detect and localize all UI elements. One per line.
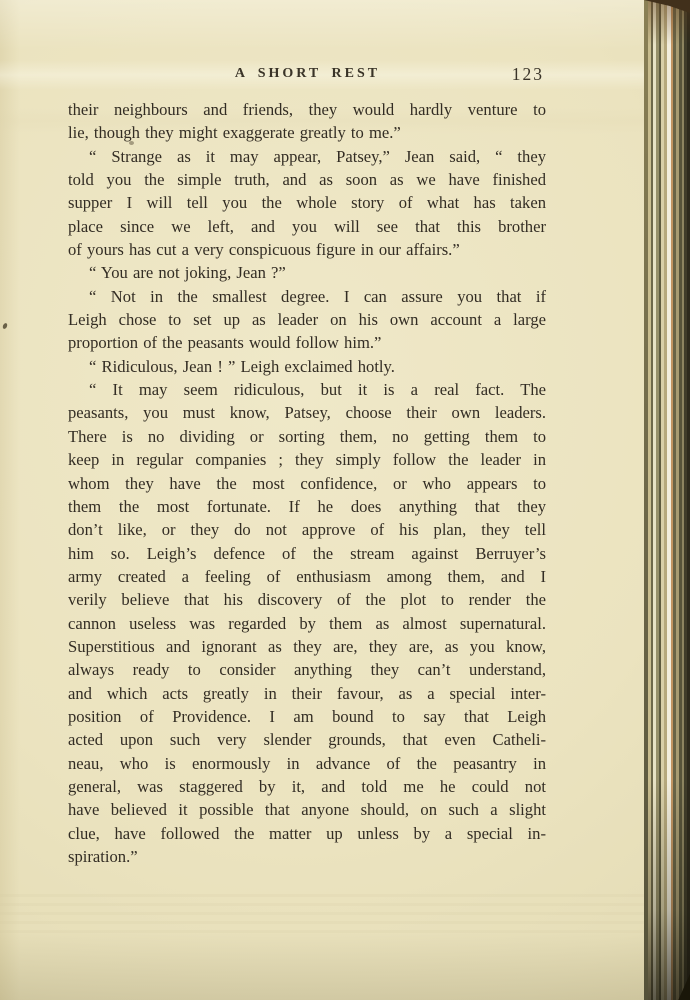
body-text: their neighbours and friends, they would… xyxy=(68,98,546,868)
text-line: proportion of the peasants would follow … xyxy=(68,331,546,354)
text-line: always ready to consider anything they c… xyxy=(68,658,546,681)
text-line: don’t like, or they do not approve of hi… xyxy=(68,518,546,541)
text-line: acted upon such very slender grounds, th… xyxy=(68,728,546,751)
text-line: peasants, you must know, Patsey, choose … xyxy=(68,401,546,424)
text-line: supper I will tell you the whole story o… xyxy=(68,191,546,214)
text-line: “ It may seem ridiculous, but it is a re… xyxy=(68,378,546,401)
text-line: Leigh chose to set up as leader on his o… xyxy=(68,308,546,331)
text-line: clue, have followed the matter up unless… xyxy=(68,822,546,845)
text-line: keep in regular companies ; they simply … xyxy=(68,448,546,471)
text-line: lie, though they might exaggerate greatl… xyxy=(68,121,546,144)
page-number: 123 xyxy=(512,64,544,85)
text-line: “ Strange as it may appear, Patsey,” Jea… xyxy=(68,145,546,168)
text-line: Superstitious and ignorant as they are, … xyxy=(68,635,546,658)
text-line: position of Providence. I am bound to sa… xyxy=(68,705,546,728)
text-line: him so. Leigh’s defence of the stream ag… xyxy=(68,542,546,565)
ink-speck xyxy=(2,322,8,329)
text-line: of yours has cut a very conspicuous figu… xyxy=(68,238,546,261)
text-line: general, was staggered by it, and told m… xyxy=(68,775,546,798)
text-line: verily believe that his discovery of the… xyxy=(68,588,546,611)
text-line: them the most fortunate. If he does anyt… xyxy=(68,495,546,518)
chapter-running-title: A SHORT REST xyxy=(69,66,546,82)
book-fore-edge xyxy=(648,0,690,1000)
text-line: There is no dividing or sorting them, no… xyxy=(68,425,546,448)
text-line: and which acts greatly in their favour, … xyxy=(68,682,546,705)
text-line: army created a feeling of enthusiasm amo… xyxy=(68,565,546,588)
text-line: “ You are not joking, Jean ?” xyxy=(68,261,546,284)
text-line: neau, who is enormously in advance of th… xyxy=(68,752,546,775)
text-line: place since we left, and you will see th… xyxy=(68,215,546,238)
text-line: spiration.” xyxy=(68,845,546,868)
text-line: cannon useless was regarded by them as a… xyxy=(68,612,546,635)
text-line: their neighbours and friends, they would… xyxy=(68,98,546,121)
book-page: A SHORT REST 123 their neighbours and fr… xyxy=(0,0,653,1000)
text-line: told you the simple truth, and as soon a… xyxy=(68,168,546,191)
running-header: A SHORT REST 123 xyxy=(69,66,546,88)
scan-texture-streaks xyxy=(0,888,653,934)
text-line: whom they have the most confidence, or w… xyxy=(68,472,546,495)
text-line: have believed it possible that anyone sh… xyxy=(68,798,546,821)
text-line: “ Ridiculous, Jean ! ” Leigh exclaimed h… xyxy=(68,355,546,378)
text-line: “ Not in the smallest degree. I can assu… xyxy=(68,285,546,308)
